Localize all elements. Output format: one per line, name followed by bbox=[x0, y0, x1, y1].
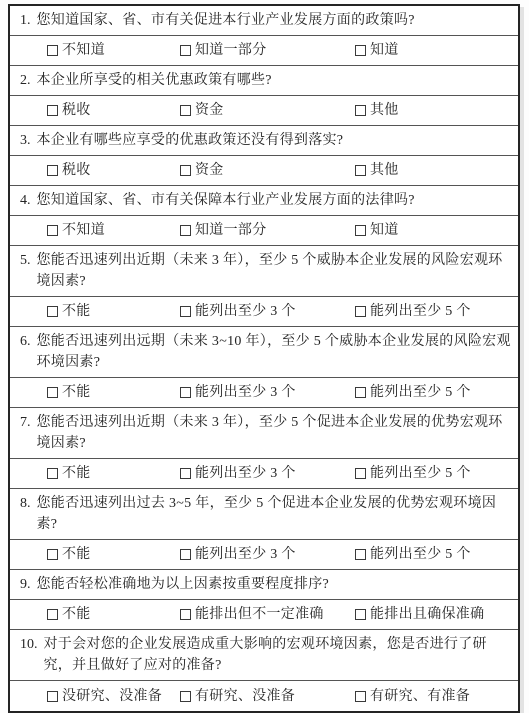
option-label: 知道一部分 bbox=[195, 220, 267, 241]
option-label: 知道 bbox=[370, 220, 399, 241]
option-q3-1[interactable]: 税收 bbox=[47, 160, 180, 181]
option-q8-3[interactable]: 能列出至少 5 个 bbox=[355, 544, 518, 565]
option-label: 能列出至少 5 个 bbox=[370, 382, 471, 403]
option-q7-1[interactable]: 不能 bbox=[47, 463, 180, 484]
option-label: 能排出但不一定准确 bbox=[195, 604, 324, 625]
option-q6-2[interactable]: 能列出至少 3 个 bbox=[180, 382, 355, 403]
checkbox-icon[interactable] bbox=[180, 165, 191, 176]
checkbox-icon[interactable] bbox=[180, 609, 191, 620]
question-row-8: 8. 您能否迅速列出过去 3~5 年，至少 5 个促进本企业发展的优势宏观环境因… bbox=[10, 489, 518, 540]
options-row-1: 不知道 知道一部分 知道 bbox=[10, 36, 518, 66]
checkbox-icon[interactable] bbox=[355, 549, 366, 560]
options-row-2: 税收 资金 其他 bbox=[10, 96, 518, 126]
checkbox-icon[interactable] bbox=[355, 609, 366, 620]
question-text: 您能否迅速列出近期（未来 3 年），至少 5 个威胁本企业发展的风险宏观环境因素… bbox=[37, 250, 513, 292]
option-label: 能排出且确保准确 bbox=[370, 604, 484, 625]
checkbox-icon[interactable] bbox=[355, 45, 366, 56]
option-label: 能列出至少 3 个 bbox=[195, 463, 296, 484]
questionnaire-page: 1. 您知道国家、省、市有关促进本行业产业发展方面的政策吗? 不知道 知道一部分… bbox=[0, 0, 529, 707]
question-number: 6. bbox=[20, 331, 31, 352]
option-q7-2[interactable]: 能列出至少 3 个 bbox=[180, 463, 355, 484]
question-number: 10. bbox=[20, 634, 38, 655]
questionnaire-table: 1. 您知道国家、省、市有关促进本行业产业发展方面的政策吗? 不知道 知道一部分… bbox=[8, 4, 520, 713]
option-label: 不知道 bbox=[62, 40, 105, 61]
question-text: 您能否迅速列出远期（未来 3~10 年），至少 5 个威胁本企业发展的风险宏观环… bbox=[37, 331, 513, 373]
checkbox-icon[interactable] bbox=[47, 691, 58, 702]
option-label: 能列出至少 5 个 bbox=[370, 544, 471, 565]
question-row-1: 1. 您知道国家、省、市有关促进本行业产业发展方面的政策吗? bbox=[10, 6, 518, 36]
option-label: 资金 bbox=[195, 100, 224, 121]
question-text: 您能否迅速列出近期（未来 3 年），至少 5 个促进本企业发展的优势宏观环境因素… bbox=[37, 412, 513, 454]
option-label: 不能 bbox=[62, 604, 91, 625]
question-row-2: 2. 本企业所享受的相关优惠政策有哪些? bbox=[10, 66, 518, 96]
option-q3-3[interactable]: 其他 bbox=[355, 160, 518, 181]
option-q6-1[interactable]: 不能 bbox=[47, 382, 180, 403]
option-q7-3[interactable]: 能列出至少 5 个 bbox=[355, 463, 518, 484]
option-label: 不能 bbox=[62, 463, 91, 484]
option-label: 其他 bbox=[370, 100, 399, 121]
option-label: 能列出至少 3 个 bbox=[195, 544, 296, 565]
option-q1-2[interactable]: 知道一部分 bbox=[180, 40, 355, 61]
question-text: 对于会对您的企业发展造成重大影响的宏观环境因素，您是否进行了研究，并且做好了应对… bbox=[44, 634, 513, 676]
checkbox-icon[interactable] bbox=[47, 468, 58, 479]
checkbox-icon[interactable] bbox=[180, 387, 191, 398]
option-q6-3[interactable]: 能列出至少 5 个 bbox=[355, 382, 518, 403]
option-q1-1[interactable]: 不知道 bbox=[47, 40, 180, 61]
checkbox-icon[interactable] bbox=[47, 225, 58, 236]
option-q8-2[interactable]: 能列出至少 3 个 bbox=[180, 544, 355, 565]
checkbox-icon[interactable] bbox=[47, 549, 58, 560]
checkbox-icon[interactable] bbox=[355, 225, 366, 236]
option-label: 能列出至少 3 个 bbox=[195, 382, 296, 403]
question-text: 您能否迅速列出过去 3~5 年，至少 5 个促进本企业发展的优势宏观环境因素? bbox=[37, 493, 513, 535]
options-row-5: 不能 能列出至少 3 个 能列出至少 5 个 bbox=[10, 297, 518, 327]
options-row-7: 不能 能列出至少 3 个 能列出至少 5 个 bbox=[10, 459, 518, 489]
option-label: 不能 bbox=[62, 544, 91, 565]
question-row-9: 9. 您能否轻松准确地为以上因素按重要程度排序? bbox=[10, 570, 518, 600]
option-label: 资金 bbox=[195, 160, 224, 181]
option-label: 有研究、没准备 bbox=[195, 686, 295, 707]
question-row-7: 7. 您能否迅速列出近期（未来 3 年），至少 5 个促进本企业发展的优势宏观环… bbox=[10, 408, 518, 459]
options-row-8: 不能 能列出至少 3 个 能列出至少 5 个 bbox=[10, 540, 518, 570]
option-q10-1[interactable]: 没研究、没准备 bbox=[47, 686, 180, 707]
question-number: 4. bbox=[20, 190, 31, 211]
checkbox-icon[interactable] bbox=[355, 387, 366, 398]
checkbox-icon[interactable] bbox=[180, 549, 191, 560]
checkbox-icon[interactable] bbox=[180, 306, 191, 317]
checkbox-icon[interactable] bbox=[47, 165, 58, 176]
question-number: 9. bbox=[20, 574, 31, 595]
option-label: 不能 bbox=[62, 382, 91, 403]
checkbox-icon[interactable] bbox=[180, 45, 191, 56]
option-q2-1[interactable]: 税收 bbox=[47, 100, 180, 121]
option-q9-3[interactable]: 能排出且确保准确 bbox=[355, 604, 518, 625]
option-q4-3[interactable]: 知道 bbox=[355, 220, 518, 241]
option-label: 知道一部分 bbox=[195, 40, 267, 61]
option-label: 没研究、没准备 bbox=[62, 686, 162, 707]
checkbox-icon[interactable] bbox=[180, 105, 191, 116]
checkbox-icon[interactable] bbox=[180, 468, 191, 479]
option-q4-2[interactable]: 知道一部分 bbox=[180, 220, 355, 241]
checkbox-icon[interactable] bbox=[47, 387, 58, 398]
option-label: 不能 bbox=[62, 301, 91, 322]
question-number: 1. bbox=[20, 10, 31, 31]
checkbox-icon[interactable] bbox=[355, 468, 366, 479]
checkbox-icon[interactable] bbox=[355, 306, 366, 317]
option-label: 能列出至少 5 个 bbox=[370, 463, 471, 484]
question-row-5: 5. 您能否迅速列出近期（未来 3 年），至少 5 个威胁本企业发展的风险宏观环… bbox=[10, 246, 518, 297]
checkbox-icon[interactable] bbox=[180, 225, 191, 236]
option-q5-2[interactable]: 能列出至少 3 个 bbox=[180, 301, 355, 322]
checkbox-icon[interactable] bbox=[47, 609, 58, 620]
checkbox-icon[interactable] bbox=[47, 105, 58, 116]
option-q4-1[interactable]: 不知道 bbox=[47, 220, 180, 241]
option-label: 税收 bbox=[62, 100, 91, 121]
option-q2-2[interactable]: 资金 bbox=[180, 100, 355, 121]
option-q5-3[interactable]: 能列出至少 5 个 bbox=[355, 301, 518, 322]
option-q5-1[interactable]: 不能 bbox=[47, 301, 180, 322]
options-row-4: 不知道 知道一部分 知道 bbox=[10, 216, 518, 246]
options-row-9: 不能 能排出但不一定准确 能排出且确保准确 bbox=[10, 600, 518, 630]
question-row-6: 6. 您能否迅速列出远期（未来 3~10 年），至少 5 个威胁本企业发展的风险… bbox=[10, 327, 518, 378]
option-q3-2[interactable]: 资金 bbox=[180, 160, 355, 181]
checkbox-icon[interactable] bbox=[355, 105, 366, 116]
question-number: 8. bbox=[20, 493, 31, 514]
checkbox-icon[interactable] bbox=[47, 306, 58, 317]
option-q2-3[interactable]: 其他 bbox=[355, 100, 518, 121]
option-label: 能列出至少 3 个 bbox=[195, 301, 296, 322]
question-text: 您知道国家、省、市有关保障本行业产业发展方面的法律吗? bbox=[37, 190, 513, 211]
options-row-3: 税收 资金 其他 bbox=[10, 156, 518, 186]
checkbox-icon[interactable] bbox=[355, 165, 366, 176]
question-text: 您知道国家、省、市有关促进本行业产业发展方面的政策吗? bbox=[37, 10, 513, 31]
question-number: 7. bbox=[20, 412, 31, 433]
checkbox-icon[interactable] bbox=[47, 45, 58, 56]
option-q9-1[interactable]: 不能 bbox=[47, 604, 180, 625]
option-q10-2[interactable]: 有研究、没准备 bbox=[180, 686, 355, 707]
question-number: 2. bbox=[20, 70, 31, 91]
checkbox-icon[interactable] bbox=[180, 691, 191, 702]
question-number: 5. bbox=[20, 250, 31, 271]
option-q10-3[interactable]: 有研究、有准备 bbox=[355, 686, 518, 707]
option-q1-3[interactable]: 知道 bbox=[355, 40, 518, 61]
option-q8-1[interactable]: 不能 bbox=[47, 544, 180, 565]
option-label: 不知道 bbox=[62, 220, 105, 241]
option-label: 税收 bbox=[62, 160, 91, 181]
options-row-6: 不能 能列出至少 3 个 能列出至少 5 个 bbox=[10, 378, 518, 408]
question-text: 本企业有哪些应享受的优惠政策还没有得到落实? bbox=[37, 130, 513, 151]
option-label: 其他 bbox=[370, 160, 399, 181]
option-label: 知道 bbox=[370, 40, 399, 61]
question-text: 本企业所享受的相关优惠政策有哪些? bbox=[37, 70, 513, 91]
question-text: 您能否轻松准确地为以上因素按重要程度排序? bbox=[37, 574, 513, 595]
question-number: 3. bbox=[20, 130, 31, 151]
question-row-10: 10. 对于会对您的企业发展造成重大影响的宏观环境因素，您是否进行了研究，并且做… bbox=[10, 630, 518, 681]
option-label: 能列出至少 5 个 bbox=[370, 301, 471, 322]
option-q9-2[interactable]: 能排出但不一定准确 bbox=[180, 604, 355, 625]
option-label: 有研究、有准备 bbox=[370, 686, 470, 707]
question-row-3: 3. 本企业有哪些应享受的优惠政策还没有得到落实? bbox=[10, 126, 518, 156]
question-row-4: 4. 您知道国家、省、市有关保障本行业产业发展方面的法律吗? bbox=[10, 186, 518, 216]
checkbox-icon[interactable] bbox=[355, 691, 366, 702]
